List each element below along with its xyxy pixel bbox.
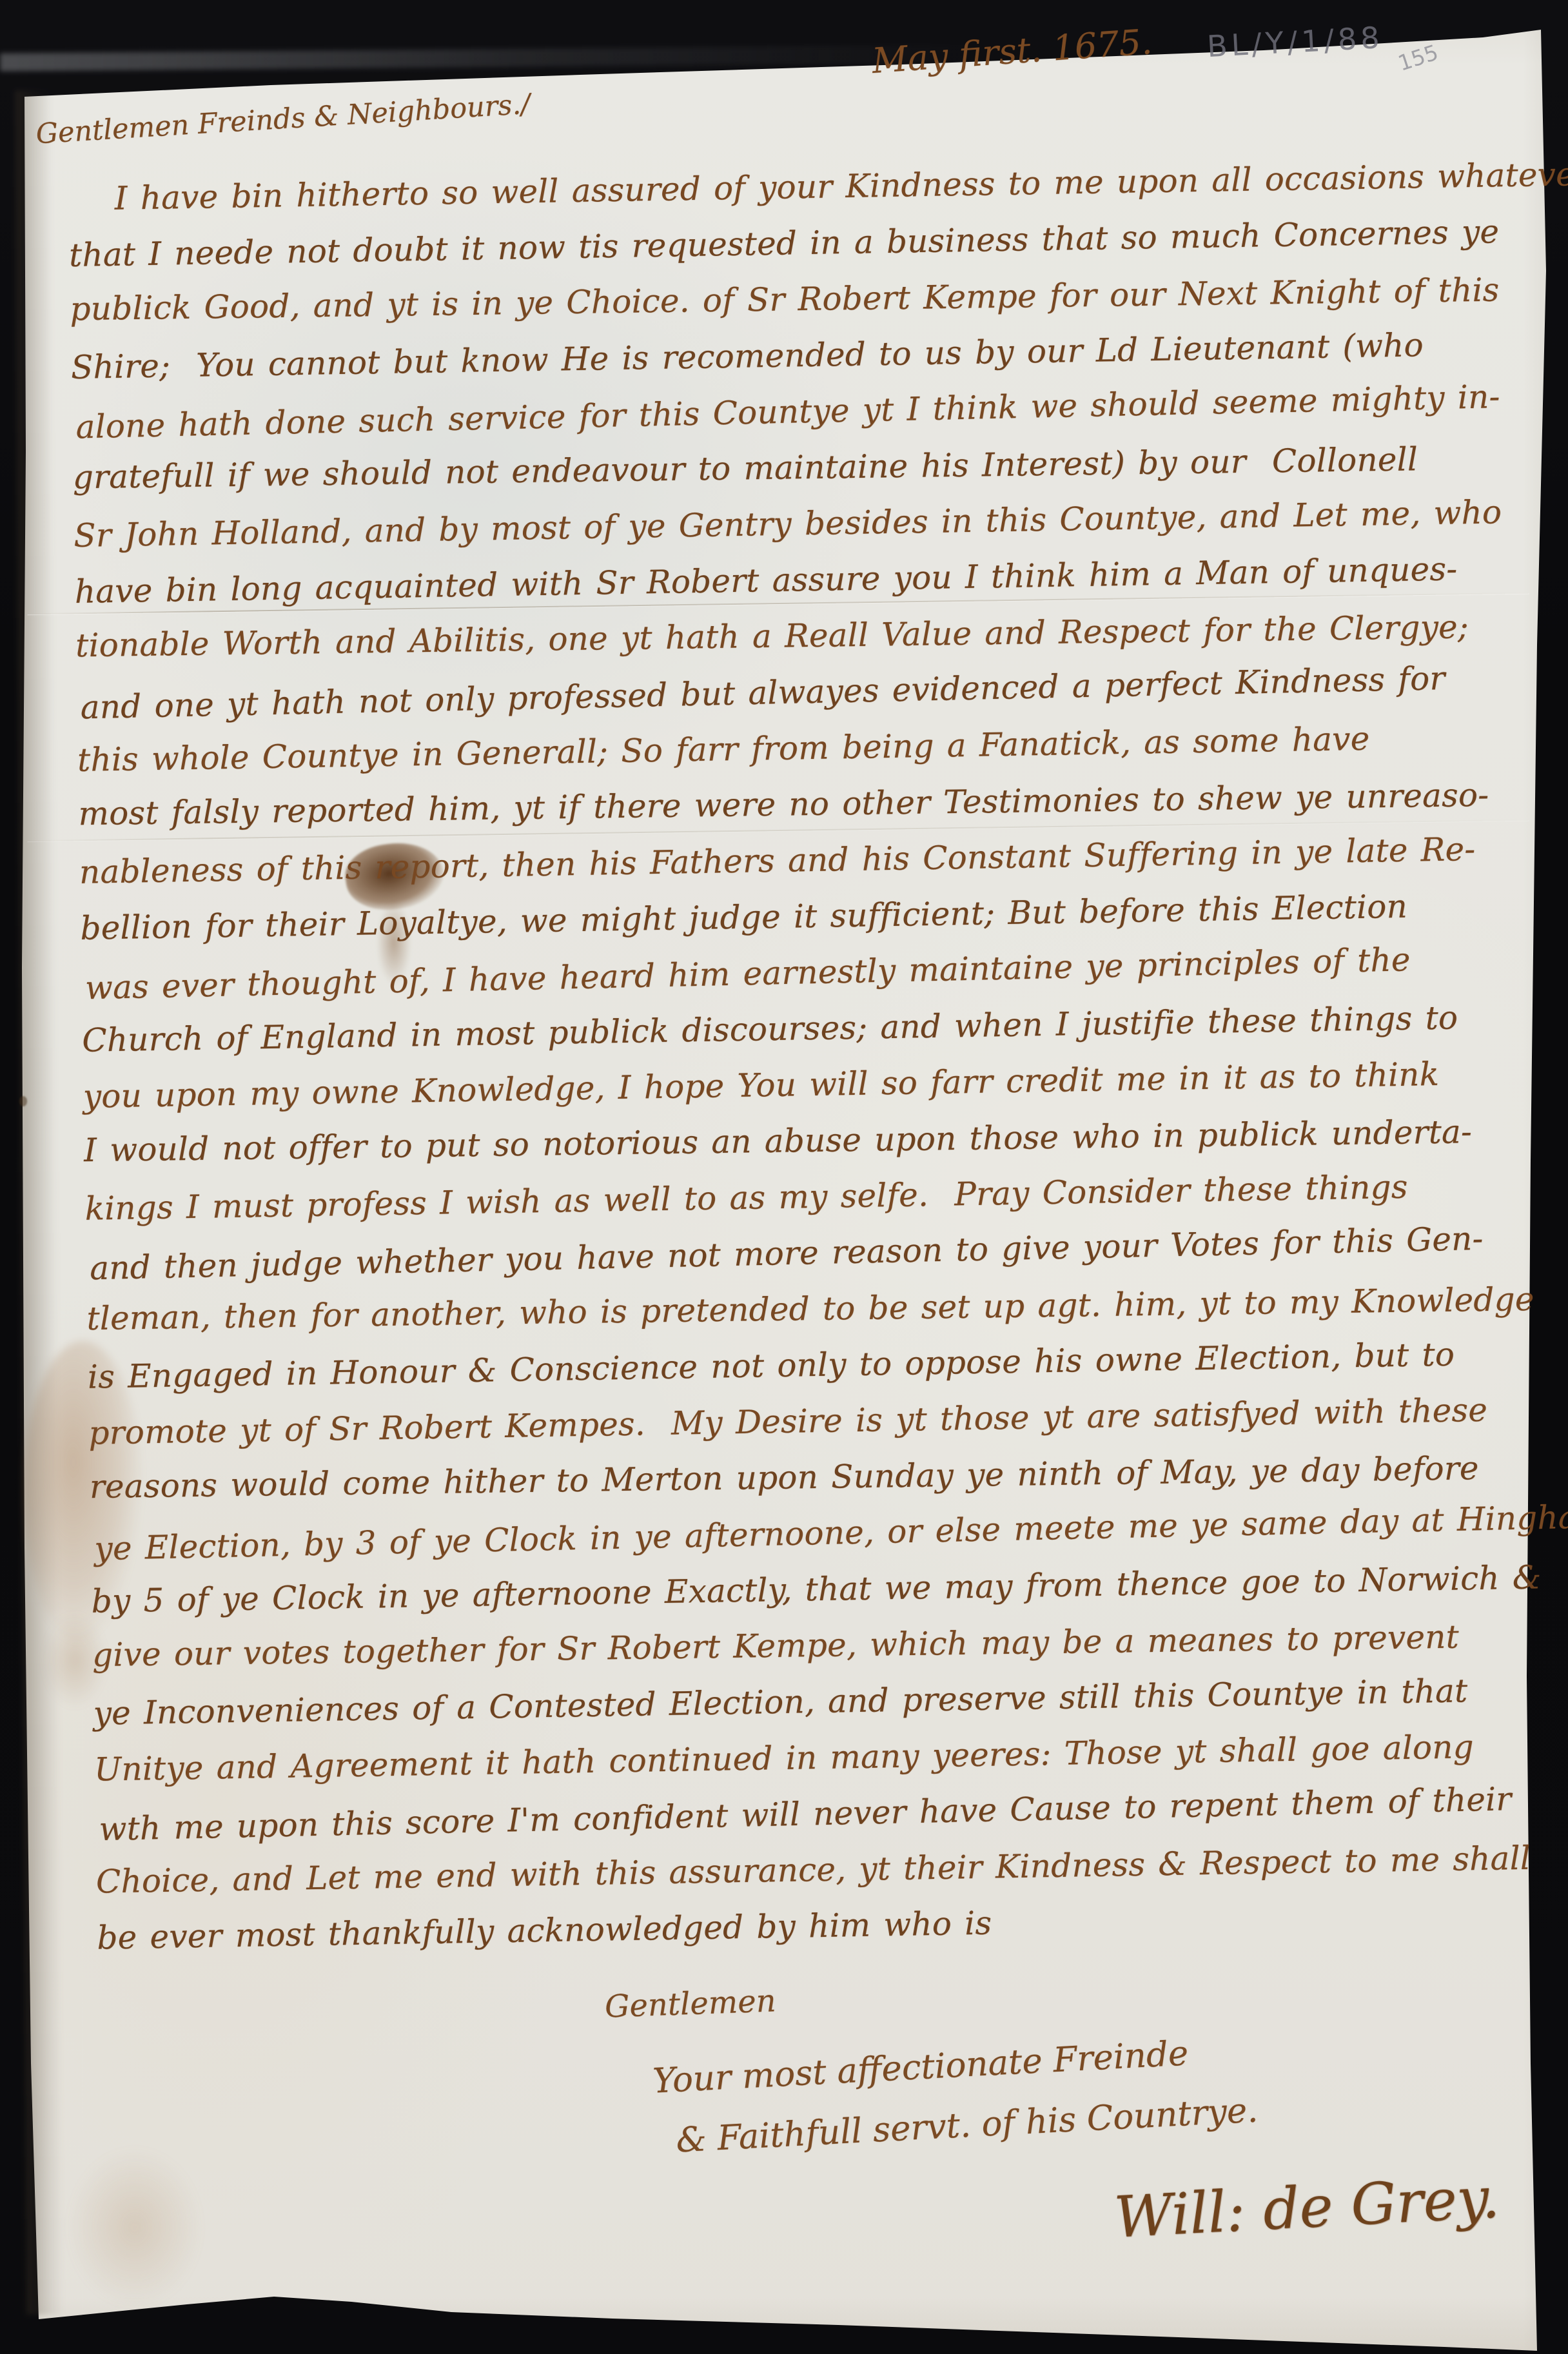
paper-speck <box>19 1096 27 1106</box>
closing-address: Gentlemen <box>604 1983 776 2025</box>
photo-backdrop: May first. 1675. BL/Y/1/88 155 Gentlemen… <box>0 0 1568 2354</box>
paper-stain <box>67 2147 202 2308</box>
letter-body: I have bin hitherto so well assured of y… <box>68 147 1568 1967</box>
